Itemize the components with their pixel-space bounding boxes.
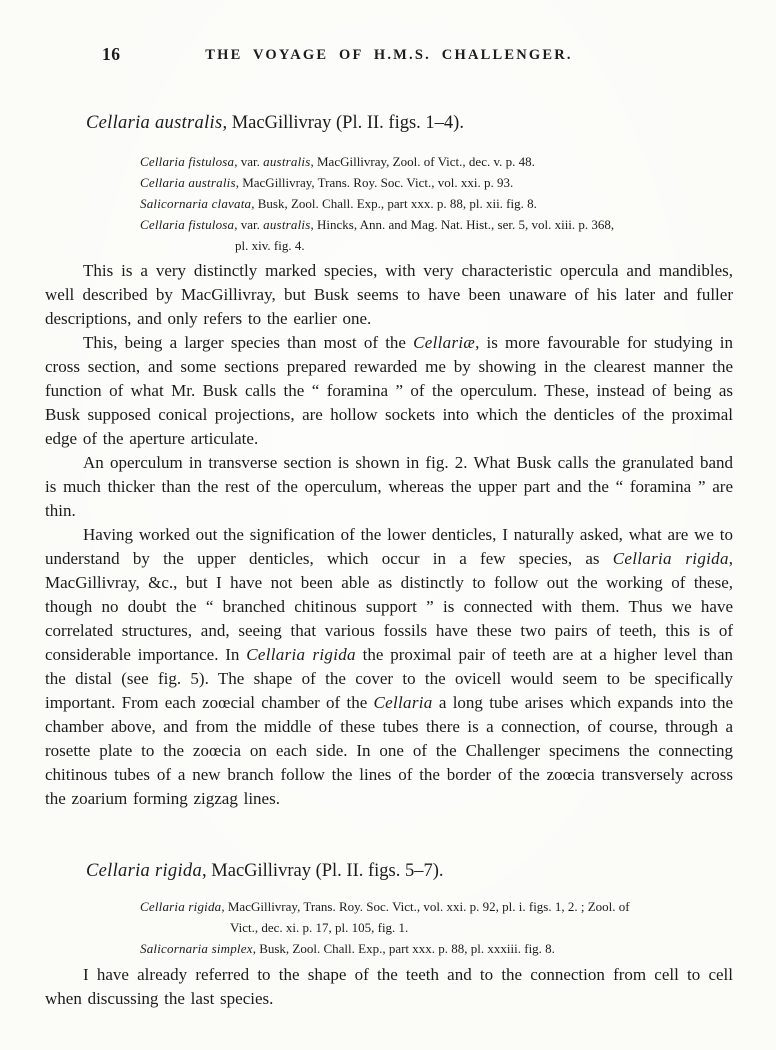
paragraph-opercula-description: This is a very distinctly marked species… [45, 259, 733, 331]
synonym-species: Cellaria fistulosa [140, 154, 234, 169]
synonymy-entry: Cellaria rigida, MacGillivray, Trans. Ro… [140, 896, 733, 917]
book-page: 16 THE VOYAGE OF H.M.S. CHALLENGER. Cell… [0, 0, 776, 1050]
synonymy-entry-continuation: pl. xiv. fig. 4. [235, 235, 733, 256]
species-name: Cellaria rigida [613, 549, 729, 568]
synonymy-entry: Salicornaria clavata, Busk, Zool. Chall.… [140, 193, 733, 214]
synonymy-list-cellaria-australis: Cellaria fistulosa, var. australis, MacG… [140, 151, 733, 256]
synonymy-entry: Cellaria australis, MacGillivray, Trans.… [140, 172, 733, 193]
paragraph-operculum-fig2: An operculum in transverse section is sh… [45, 451, 733, 523]
paragraph-text: This, being a larger species than most o… [83, 333, 413, 352]
running-title: THE VOYAGE OF H.M.S. CHALLENGER. [205, 47, 573, 63]
synonym-citation: , Busk, Zool. Chall. Exp., part xxx. p. … [251, 196, 537, 211]
synonymy-entry: Salicornaria simplex, Busk, Zool. Chall.… [140, 938, 733, 959]
synonym-species: Cellaria fistulosa [140, 217, 234, 232]
paragraph-teeth-reference: I have already referred to the shape of … [45, 963, 733, 1011]
synonym-citation: , MacGillivray, Trans. Roy. Soc. Vict., … [236, 175, 514, 190]
synonym-species: Cellaria rigida [140, 899, 221, 914]
synonym-species: Salicornaria clavata [140, 196, 251, 211]
heading-citation: , MacGillivray (Pl. II. figs. 1–4). [222, 113, 464, 133]
synonym-variety: australis [263, 217, 310, 232]
synonymy-entry: Cellaria fistulosa, var. australis, Hinc… [140, 214, 733, 235]
genus-name: Cellaria [374, 693, 433, 712]
paragraph-cross-section: This, being a larger species than most o… [45, 331, 733, 451]
species-name: Cellaria rigida [86, 861, 202, 881]
synonym-species: Cellaria australis [140, 175, 236, 190]
synonymy-entry-continuation: Vict., dec. xi. p. 17, pl. 105, fig. 1. [230, 917, 733, 938]
synonym-citation: , MacGillivray, Trans. Roy. Soc. Vict., … [221, 899, 629, 914]
synonym-text: , var. [234, 154, 263, 169]
species-heading-cellaria-rigida: Cellaria rigida, MacGillivray (Pl. II. f… [86, 860, 733, 882]
species-name: Cellaria rigida [246, 645, 356, 664]
synonymy-list-cellaria-rigida: Cellaria rigida, MacGillivray, Trans. Ro… [140, 896, 733, 959]
page-number: 16 [102, 44, 121, 65]
synonym-text: , var. [234, 217, 263, 232]
species-heading-cellaria-australis: Cellaria australis, MacGillivray (Pl. II… [86, 112, 733, 134]
genus-name: Cellariæ [413, 333, 475, 352]
synonymy-entry: Cellaria fistulosa, var. australis, MacG… [140, 151, 733, 172]
synonym-species: Salicornaria simplex [140, 941, 253, 956]
synonym-variety: australis [263, 154, 310, 169]
synonym-citation: , Busk, Zool. Chall. Exp., part xxx. p. … [253, 941, 555, 956]
synonym-citation: , MacGillivray, Zool. of Vict., dec. v. … [310, 154, 534, 169]
paragraph-denticles: Having worked out the signification of t… [45, 523, 733, 811]
species-name: Cellaria australis [86, 113, 222, 133]
synonym-citation: , Hincks, Ann. and Mag. Nat. Hist., ser.… [310, 217, 614, 232]
heading-citation: , MacGillivray (Pl. II. figs. 5–7). [202, 861, 444, 881]
page-header: 16 THE VOYAGE OF H.M.S. CHALLENGER. [45, 0, 733, 64]
